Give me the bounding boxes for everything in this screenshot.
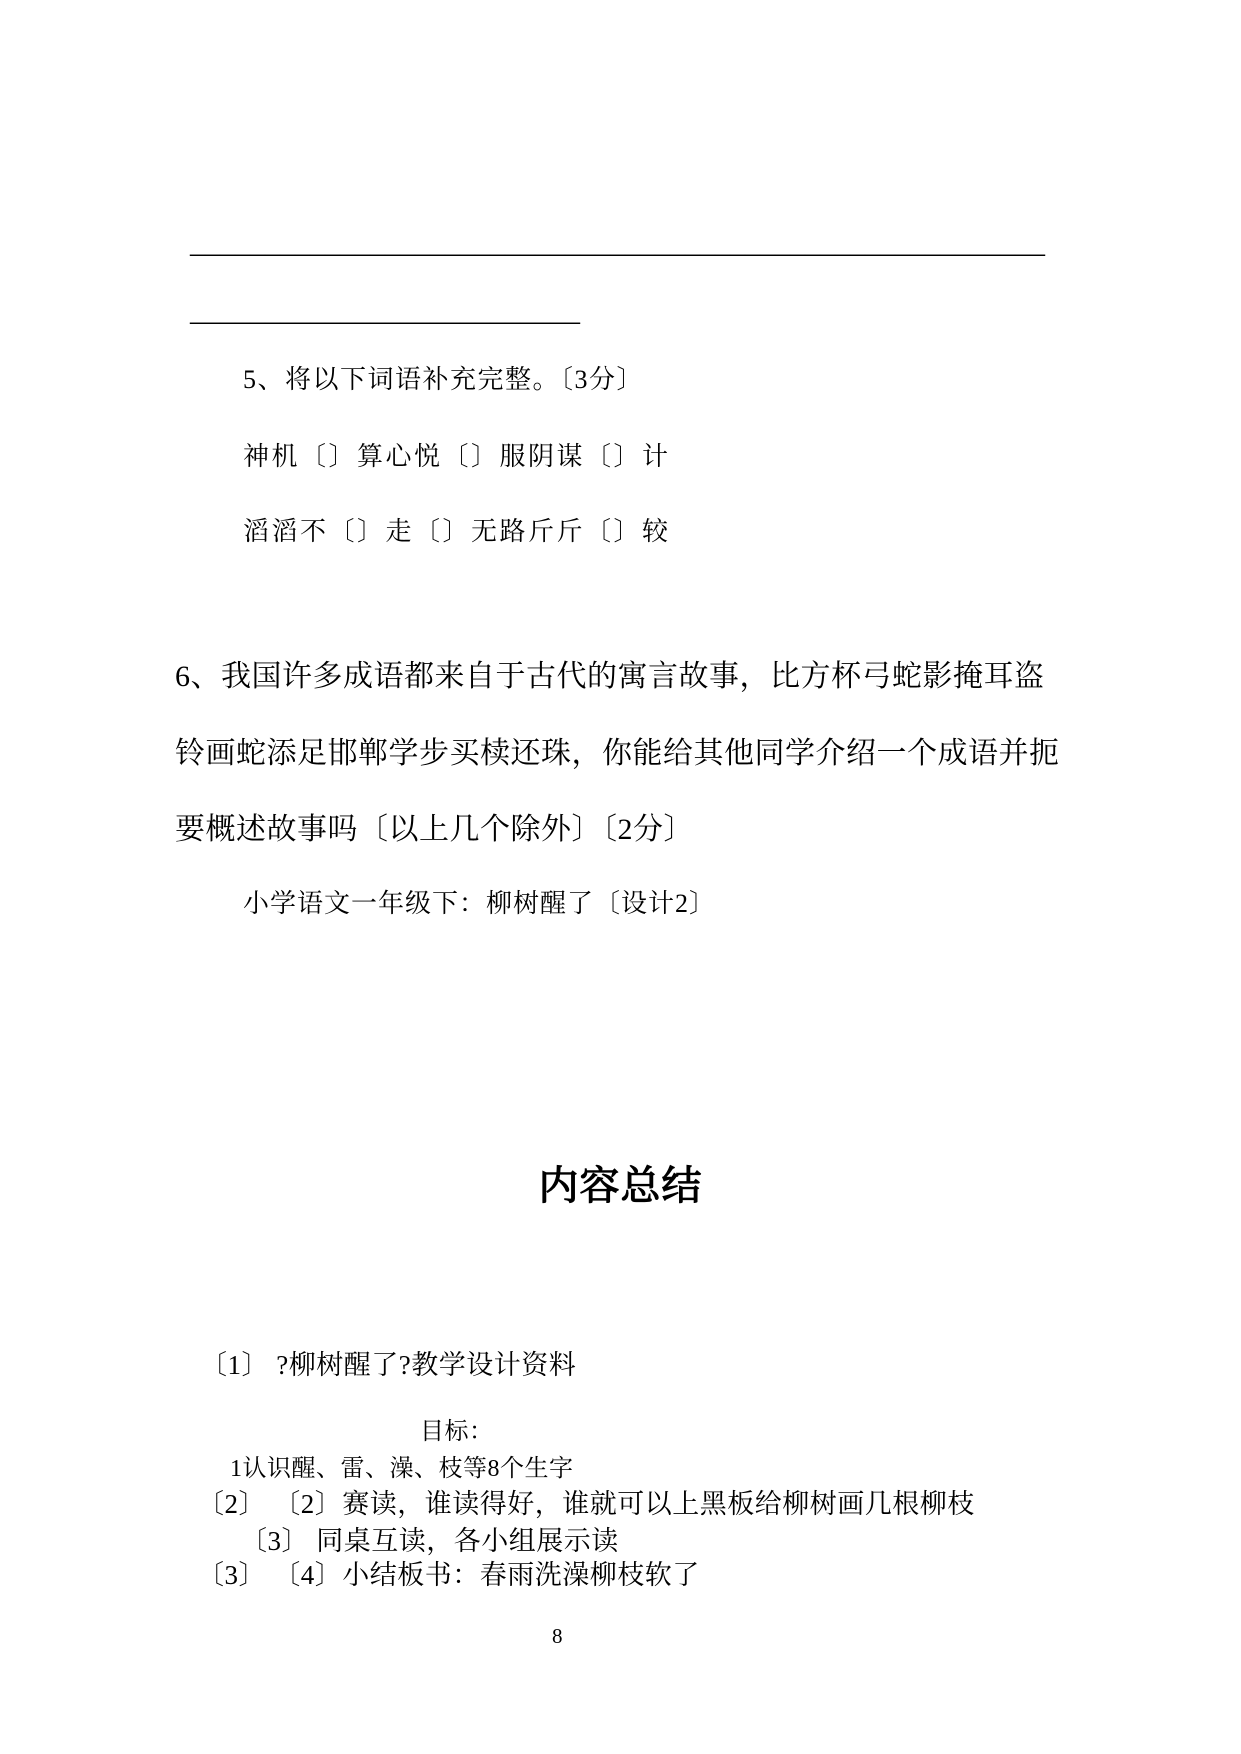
summary-line-recognize-characters: 1认识醒、雷、澡、枝等8个生字 [230, 1456, 574, 1484]
question-5-idiom-row-2: 滔滔不〔〕走〔〕无路斤斤〔〕较 [243, 517, 671, 547]
summary-goal-label: 目标： [420, 1419, 494, 1447]
content-summary-heading: 内容总结 [0, 1163, 1241, 1209]
question-5-idiom-row-1: 神机〔〕算心悦〔〕服阴谋〔〕计 [243, 442, 671, 472]
answer-blank-line-1: ________________________________________… [190, 226, 1045, 261]
summary-line-reading-contest: 〔2〕 〔2〕赛读，谁读得好，谁就可以上黑板给柳树画几根柳枝 [197, 1489, 975, 1520]
question-6-text-line-1: 6、我国许多成语都来自于古代的寓言故事，比方杯弓蛇影掩耳盗 [175, 660, 1045, 695]
page-number: 8 [552, 1624, 563, 1648]
summary-line-board-summary: 〔3〕 〔4〕小结板书：春雨洗澡柳枝软了 [197, 1560, 700, 1591]
answer-blank-line-2: __________________________ [190, 294, 580, 329]
document-page: ________________________________________… [0, 0, 1241, 1754]
question-6-text-line-3: 要概述故事吗〔以上几个除外〕〔2分〕 [175, 813, 694, 848]
summary-item-1: 〔1〕 ?柳树醒了?教学设计资料 [200, 1350, 576, 1381]
lesson-reference-note: 小学语文一年级下：柳树醒了〔设计2〕 [243, 889, 716, 919]
summary-line-pair-reading: 〔3〕 同桌互读，各小组展示读 [240, 1526, 619, 1557]
question-5-heading: 5、将以下词语补充完整。〔3分〕 [243, 365, 644, 395]
question-6-text-line-2: 铃画蛇添足邯郸学步买椟还珠，你能给其他同学介绍一个成语并扼 [175, 737, 1060, 772]
